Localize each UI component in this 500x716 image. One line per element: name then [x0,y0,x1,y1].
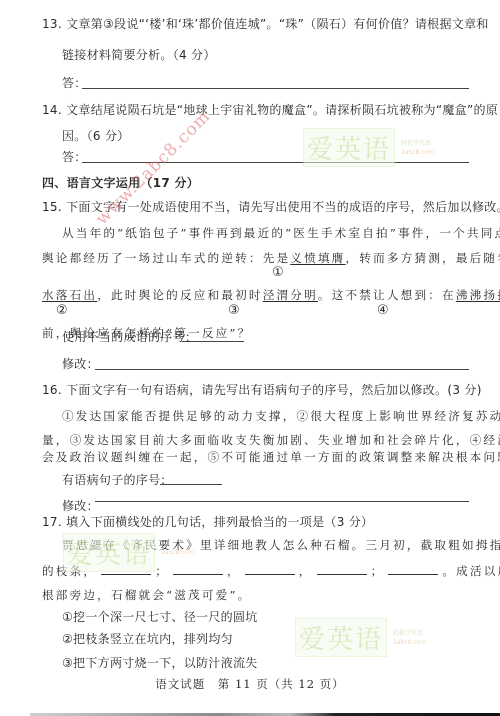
idiom-2: 水落石出 [42,288,97,302]
q17-sep-4: ； [371,564,385,578]
q17-sep-2: ， [227,564,241,578]
q16-p3: 会及政治议题纠缠在一起，⑤不可能通过单一方面的政策调整来解决根本问题。 [42,449,500,465]
q17-blank-4[interactable] [317,564,367,575]
watermark-tagline: 轻松学英语 [393,630,423,637]
q17-blank-3[interactable] [245,564,295,575]
watermark-logo-2: 爱英语 2abc8.com [63,533,194,572]
q13-answer-line[interactable] [82,88,469,89]
idiom-3: 泾渭分明 [263,288,318,302]
watermark-url: 2abc8.com [401,149,434,156]
q17-option-2: ②把枝条竖立在坑内，排列均匀 [62,631,233,647]
q17-option-1: ①挖一个深一尺七寸、径一尺的圆坑 [62,609,258,625]
watermark-logo-sub: 轻松学英语 2abc8.com [401,139,434,157]
watermark-logo-sub: 轻松学英语 2abc8.com [393,629,426,647]
q17-prompt: 17. 填入下面横线处的几句话，排列最恰当的一项是（3 分） [42,514,373,530]
q15-revise-label: 修改： [62,356,99,372]
exam-page: 13. 文章第③段说“‘楼’和‘珠’都价值连城”。“珠”（陨石）有何价值？请根据… [0,0,500,716]
q17-p2-post: 。成活以后，再把骨石放在 [442,564,500,578]
q17-blank-5[interactable] [388,564,438,575]
watermark-tagline: 轻松学英语 [401,140,431,147]
q17-option-3: ③把下方两寸烧一下，以防汁液流失 [62,655,258,671]
q16-prompt: 16. 下面文字有一句有语病，请先写出有语病句子的序号，然后加以修改。(3 分) [42,382,482,398]
q16-p2: 量，③发达国家目前大多面临收支失衡加剧、失业增加和社会碎片化，④经济问题又多与社 [42,432,500,448]
q15-p3-mid2: 。这不禁让人想到：在 [318,288,456,302]
q16-number-label: 有语病句子的序号： [62,472,173,488]
q15-p3: 水落石出，此时舆论的反应和最初时泾渭分明。这不禁让人想到：在沸沸扬扬的公共事件面 [42,287,500,303]
q15-p2-pre: 舆论都经历了一场过山车式的逆转：先是 [42,251,290,265]
q13-line1: 13. 文章第③段说“‘楼’和‘珠’都价值连城”。“珠”（陨石）有何价值？请根据… [42,16,489,32]
q15-number-label-visible: 使用不当的成语的序号： [62,329,197,345]
marker-1: ① [272,265,284,280]
q15-number-blank[interactable] [182,341,244,342]
q17-sep-3: ， [299,564,313,578]
watermark-url: 2abc8.com [161,549,194,556]
q15-p2-post: ，转而多方猜测，最后随着真相 [345,251,500,265]
q15-number-label-text: 使用不当的成语的序号： [62,330,197,344]
marker-2: ② [56,303,68,318]
q16-number-blank[interactable] [160,484,222,485]
idiom-4: 沸沸扬扬 [456,288,500,302]
idiom-1: 义愤填膺 [290,251,345,265]
watermark-logo-text: 爱英语 [295,618,387,657]
q13-line2: 链接材料简要分析。（4 分） [62,47,216,63]
watermark-logo-sub: 2abc8.com [161,548,194,557]
q14-line1: 14. 文章结尾说陨石坑是“地球上宇宙礼物的魔盒”。请探析陨石坑被称为“魔盒”的… [42,102,498,118]
watermark-logo-text: 爱英语 [303,128,395,167]
q15-revise-line[interactable] [95,369,469,370]
watermark-url: 2abc8.com [393,639,426,646]
q15-p3-mid: ，此时舆论的反应和最初时 [97,288,263,302]
watermark-logo-3: 爱英语 轻松学英语 2abc8.com [295,618,426,657]
marker-3: ③ [228,303,240,318]
watermark-logo-1: 爱英语 轻松学英语 2abc8.com [303,128,434,167]
page-footer: 语文试题 第 11 页（共 12 页） [0,676,500,692]
q15-p1: 从当年的“纸馅包子”事件再到最近的“医生手术室自拍”事件，一个共同点就是， [62,225,500,241]
q16-revise-line[interactable] [95,501,469,502]
q15-p2: 舆论都经历了一场过山车式的逆转：先是义愤填膺，转而多方猜测，最后随着真相 [42,250,500,266]
q16-revise-label: 修改： [62,498,99,514]
q14-line2: 因。（6 分） [62,128,130,144]
watermark-logo-text: 爱英语 [63,533,155,572]
marker-4: ④ [377,303,389,318]
q16-p1: ①发达国家能否提供足够的动力支撑，②很大程度上影响世界经济复苏动力组合的质 [62,408,500,424]
q17-p3: 根部旁边，石榴就会“滋茂可爱”。 [42,587,251,603]
